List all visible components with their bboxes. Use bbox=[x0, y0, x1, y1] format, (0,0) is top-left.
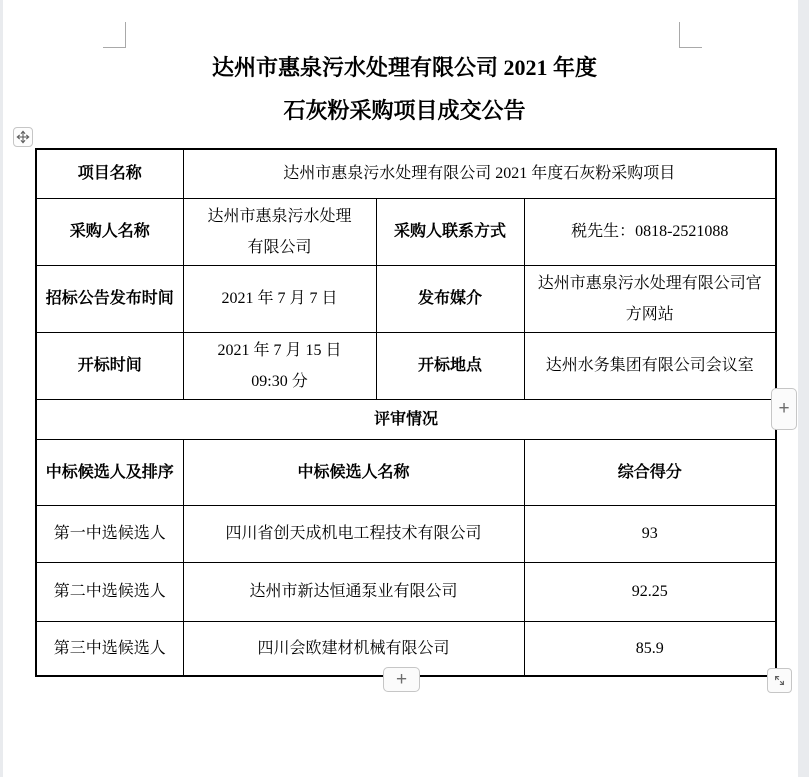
move-cross-icon bbox=[16, 130, 30, 144]
cell-opening-time-value[interactable]: 2021 年 7 月 15 日 09:30 分 bbox=[183, 332, 376, 399]
cell-candidate3-score[interactable]: 85.9 bbox=[524, 621, 776, 676]
cell-candidate2-rank[interactable]: 第二中选候选人 bbox=[36, 562, 183, 621]
cell-candidate-name-header[interactable]: 中标候选人名称 bbox=[183, 439, 524, 505]
table-row: 中标候选人及排序 中标候选人名称 综合得分 bbox=[36, 439, 776, 505]
cell-project-name-label[interactable]: 项目名称 bbox=[36, 149, 183, 198]
cell-review-section-header[interactable]: 评审情况 bbox=[36, 399, 776, 439]
cell-candidate3-rank[interactable]: 第三中选候选人 bbox=[36, 621, 183, 676]
cell-opening-place-label[interactable]: 开标地点 bbox=[376, 332, 524, 399]
cell-announce-date-label[interactable]: 招标公告发布时间 bbox=[36, 265, 183, 332]
announcement-table: 项目名称 达州市惠泉污水处理有限公司 2021 年度石灰粉采购项目 采购人名称 … bbox=[35, 148, 777, 677]
cell-contact-value[interactable]: 税先生：0818-2521088 bbox=[524, 198, 776, 265]
cell-purchaser-label[interactable]: 采购人名称 bbox=[36, 198, 183, 265]
cell-candidate3-name[interactable]: 四川会欧建材机械有限公司 bbox=[183, 621, 524, 676]
cell-opening-time-label[interactable]: 开标时间 bbox=[36, 332, 183, 399]
insert-column-button[interactable]: + bbox=[771, 388, 797, 430]
table-row: 采购人名称 达州市惠泉污水处理 有限公司 采购人联系方式 税先生：0818-25… bbox=[36, 198, 776, 265]
table-resize-handle[interactable] bbox=[767, 668, 792, 693]
cell-announce-date-value[interactable]: 2021 年 7 月 7 日 bbox=[183, 265, 376, 332]
cell-contact-label[interactable]: 采购人联系方式 bbox=[376, 198, 524, 265]
table-row: 开标时间 2021 年 7 月 15 日 09:30 分 开标地点 达州水务集团… bbox=[36, 332, 776, 399]
plus-icon: + bbox=[778, 398, 789, 420]
margin-corner-mark-right bbox=[679, 22, 702, 48]
table-row: 评审情况 bbox=[36, 399, 776, 439]
table-row: 项目名称 达州市惠泉污水处理有限公司 2021 年度石灰粉采购项目 bbox=[36, 149, 776, 198]
cell-candidate1-rank[interactable]: 第一中选候选人 bbox=[36, 505, 183, 562]
cell-candidate-score-header[interactable]: 综合得分 bbox=[524, 439, 776, 505]
cell-candidate1-name[interactable]: 四川省创天成机电工程技术有限公司 bbox=[183, 505, 524, 562]
document-title[interactable]: 达州市惠泉污水处理有限公司 2021 年度 石灰粉采购项目成交公告 bbox=[0, 46, 809, 132]
cell-candidate2-score[interactable]: 92.25 bbox=[524, 562, 776, 621]
cell-candidate1-score[interactable]: 93 bbox=[524, 505, 776, 562]
title-line-2: 石灰粉采购项目成交公告 bbox=[0, 89, 809, 132]
cell-opening-place-value[interactable]: 达州水务集团有限公司会议室 bbox=[524, 332, 776, 399]
title-line-1: 达州市惠泉污水处理有限公司 2021 年度 bbox=[0, 46, 809, 89]
cell-media-label[interactable]: 发布媒介 bbox=[376, 265, 524, 332]
cell-candidate2-name[interactable]: 达州市新达恒通泵业有限公司 bbox=[183, 562, 524, 621]
cell-media-value[interactable]: 达州市惠泉污水处理有限公司官 方网站 bbox=[524, 265, 776, 332]
insert-row-button[interactable]: + bbox=[383, 667, 420, 692]
cell-candidate-rank-header[interactable]: 中标候选人及排序 bbox=[36, 439, 183, 505]
margin-corner-mark-left bbox=[103, 22, 126, 48]
cell-purchaser-value[interactable]: 达州市惠泉污水处理 有限公司 bbox=[183, 198, 376, 265]
plus-icon: + bbox=[396, 669, 407, 691]
diagonal-resize-icon bbox=[772, 673, 787, 688]
table-row: 第一中选候选人 四川省创天成机电工程技术有限公司 93 bbox=[36, 505, 776, 562]
table-row: 招标公告发布时间 2021 年 7 月 7 日 发布媒介 达州市惠泉污水处理有限… bbox=[36, 265, 776, 332]
table-row: 第二中选候选人 达州市新达恒通泵业有限公司 92.25 bbox=[36, 562, 776, 621]
table-move-handle[interactable] bbox=[13, 127, 33, 147]
cell-project-name-value[interactable]: 达州市惠泉污水处理有限公司 2021 年度石灰粉采购项目 bbox=[183, 149, 776, 198]
